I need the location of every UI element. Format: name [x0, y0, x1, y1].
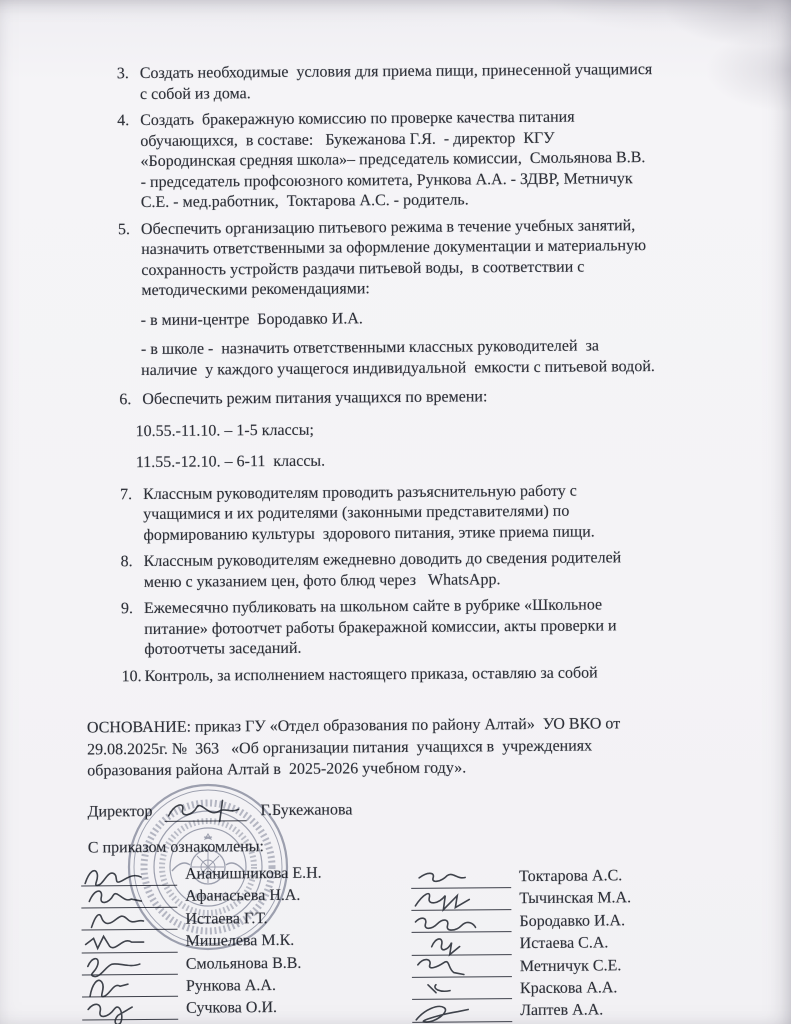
signatory-name: Тычинская М.А.	[519, 889, 631, 910]
order-items-list: 3. Создать необходимые условия для прием…	[116, 0, 746, 687]
order-item-5: 5. Обеспечить организацию питьевого режи…	[118, 215, 744, 302]
order-item-8: 8. Классным руководителям ежедневно дово…	[121, 547, 746, 593]
order-item-6: 6. Обеспечить режим питания учащихся по …	[119, 385, 744, 410]
official-round-stamp	[112, 768, 304, 966]
item-number: 4.	[117, 111, 141, 214]
signature-line	[411, 872, 511, 889]
signature-row: Сучкова О.И.	[82, 999, 412, 1021]
item-text: Контроль, за исполнением настоящего прик…	[144, 662, 744, 687]
signatory-name: Токтарова А.С.	[519, 866, 622, 887]
item-text: Создать бракеражную комиссию по проверке…	[140, 106, 741, 213]
signature-row: Токтарова А.С.	[411, 868, 631, 889]
signatory-name: Сучкова О.И.	[186, 998, 277, 1019]
signature-row: Бородавко И.А.	[411, 912, 631, 933]
meal-time-1-5: 10.55.-11.10. – 1-5 классы;	[136, 417, 745, 442]
signature-line	[411, 916, 511, 933]
item-text: Ежемесячно публиковать на школьном сайте…	[144, 594, 744, 660]
item-text: Создать необходимые условия для приема п…	[140, 59, 740, 105]
item-text: Классным руководителям ежедневно доводит…	[144, 547, 744, 593]
signatory-name: Бородавко И.А.	[519, 911, 625, 932]
signature-line	[411, 894, 511, 911]
handwritten-signature	[414, 999, 480, 1024]
signatory-name: Истаева С.А.	[520, 934, 609, 955]
signature-line	[412, 939, 512, 956]
signature-row: Лаптев А.А.	[412, 1002, 632, 1023]
item-5-subitem-school: - в школе - назначить ответственными кла…	[141, 335, 744, 381]
signature-line	[412, 984, 512, 1001]
signature-row: Истаева С.А.	[412, 935, 632, 956]
signature-row: Метничук С.Е.	[412, 957, 632, 978]
signature-row: Тычинская М.А.	[411, 890, 631, 911]
order-item-7: 7. Классным руководителям проводить разъ…	[120, 480, 745, 546]
item-number: 9.	[121, 599, 144, 661]
item-number: 7.	[120, 485, 143, 547]
signatories-right-column: Токтарова А.С. Тычинская М.А. Бородавко …	[411, 868, 632, 1024]
order-item-10: 10. Контроль, за исполнением настоящего …	[121, 662, 746, 687]
item-number: 8.	[121, 552, 144, 593]
item-5-subitem-minicenter: - в мини-центре Бородавко И.А.	[141, 306, 744, 331]
signature-row: Рункова А.А.	[82, 976, 412, 998]
order-item-3: 3. Создать необходимые условия для прием…	[117, 59, 742, 105]
signatory-name: Рункова А.А.	[186, 976, 276, 997]
scanned-document-page: 3. Создать необходимые условия для прием…	[0, 0, 791, 1024]
item-number: 10.	[121, 667, 144, 688]
meal-time-6-11: 11.55.-12.10. – 6-11 классы.	[136, 448, 745, 473]
signatory-name: Лаптев А.А.	[520, 1001, 603, 1022]
signature-line	[412, 961, 512, 978]
item-number: 5.	[118, 220, 142, 302]
item-text: Обеспечить режим питания учащихся по вре…	[142, 385, 742, 410]
signature-line	[412, 1006, 512, 1023]
order-item-9: 9. Ежемесячно публиковать на школьном са…	[121, 594, 746, 660]
signature-line	[82, 981, 178, 998]
order-item-4: 4. Создать бракеражную комиссию по прове…	[117, 106, 743, 213]
signatory-name: Метничук С.Е.	[520, 956, 622, 977]
item-number: 3.	[117, 64, 140, 105]
stamp-center-emblem	[172, 834, 244, 897]
item-number: 6.	[119, 390, 142, 411]
signature-line	[82, 1004, 178, 1021]
handwritten-signature	[84, 997, 150, 1024]
item-text: Классным руководителям проводить разъясн…	[143, 480, 743, 546]
item-text: Обеспечить организацию питьевого режима …	[141, 215, 742, 302]
signatory-name: Краскова А.А.	[520, 978, 618, 999]
signature-row: Краскова А.А.	[412, 980, 632, 1001]
